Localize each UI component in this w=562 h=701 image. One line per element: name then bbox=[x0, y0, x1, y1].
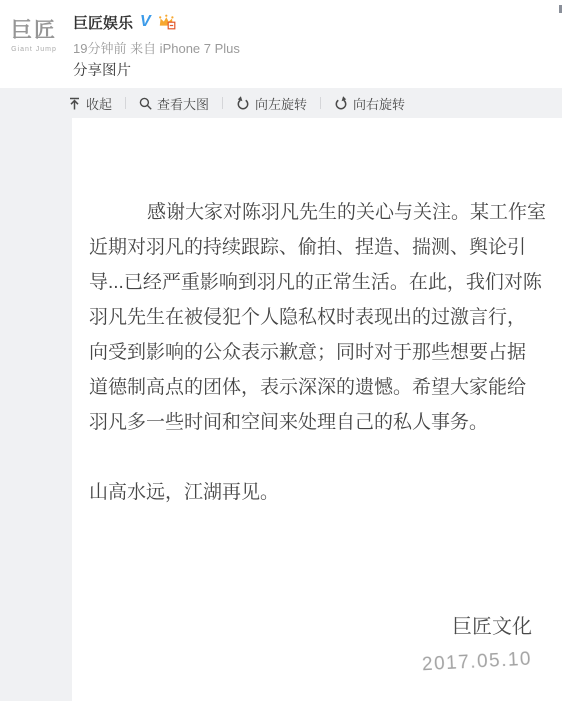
statement-line: 导...已经严重影响到羽凡的正常生活。在此，我们对陈 bbox=[89, 265, 562, 300]
view-large-image-button[interactable]: 查看大图 bbox=[139, 94, 209, 113]
statement-line: 向受到影响的公众表示歉意；同时对于那些想要占据 bbox=[89, 335, 562, 370]
toolbar-divider bbox=[222, 97, 223, 109]
avatar-logo-subtext: Giant Jump bbox=[11, 46, 57, 54]
rotate-left-label: 向左旋转 bbox=[255, 94, 307, 113]
verified-badge-icon: V bbox=[140, 14, 151, 30]
name-row: 巨匠娱乐 V bbox=[73, 12, 176, 32]
user-avatar[interactable]: 巨匠 Giant Jump bbox=[11, 13, 57, 59]
statement-line: 羽凡多一些时间和空间来处理自己的私人事务。 bbox=[89, 405, 562, 440]
rotate-left-button[interactable]: 向左旋转 bbox=[236, 94, 307, 113]
closing-line: 山高水远，江湖再见。 bbox=[89, 475, 562, 510]
avatar-logo-text: 巨匠 bbox=[11, 16, 57, 46]
collapse-button[interactable]: 收起 bbox=[68, 94, 112, 113]
toolbar-divider bbox=[125, 97, 126, 109]
view-large-label: 查看大图 bbox=[157, 94, 209, 113]
username-link[interactable]: 巨匠娱乐 bbox=[73, 12, 133, 33]
media-section: 收起 查看大图 向左旋转 bbox=[0, 88, 562, 701]
vip-crown-icon[interactable] bbox=[158, 14, 176, 30]
statement-line: 感谢大家对陈羽凡先生的关心与关注。某工作室 bbox=[89, 195, 562, 230]
signature-text: 巨匠文化 bbox=[72, 610, 562, 639]
post-header: 巨匠 Giant Jump 巨匠娱乐 V 19分钟前 来自 iPhone 7 P… bbox=[0, 0, 562, 88]
image-toolbar: 收起 查看大图 向左旋转 bbox=[68, 88, 405, 118]
rotate-right-icon bbox=[334, 96, 348, 110]
timestamp-link[interactable]: 19分钟前 来自 iPhone 7 Plus bbox=[73, 38, 240, 57]
date-stamp: 2017.05.10 bbox=[72, 647, 562, 695]
collapse-label: 收起 bbox=[86, 94, 112, 113]
statement-line: 羽凡先生在被侵犯个人隐私权时表现出的过激言行， bbox=[89, 300, 562, 335]
statement-line: 近期对羽凡的持续跟踪、偷拍、捏造、揣测、舆论引 bbox=[89, 230, 562, 265]
rotate-left-icon bbox=[236, 96, 250, 110]
magnifier-icon bbox=[139, 97, 152, 110]
rotate-right-label: 向右旋转 bbox=[353, 94, 405, 113]
rotate-right-button[interactable]: 向右旋转 bbox=[334, 94, 405, 113]
arrow-up-from-line-icon bbox=[68, 97, 81, 110]
weibo-post-screen: 巨匠 Giant Jump 巨匠娱乐 V 19分钟前 来自 iPhone 7 P… bbox=[0, 0, 562, 701]
post-content-text: 分享图片 bbox=[73, 59, 131, 80]
shared-image[interactable]: 感谢大家对陈羽凡先生的关心与关注。某工作室 近期对羽凡的持续跟踪、偷拍、捏造、揣… bbox=[72, 118, 562, 701]
statement-text: 感谢大家对陈羽凡先生的关心与关注。某工作室 近期对羽凡的持续跟踪、偷拍、捏造、揣… bbox=[72, 118, 562, 510]
statement-line: 道德制高点的团体，表示深深的遗憾。希望大家能给 bbox=[89, 370, 562, 405]
toolbar-divider bbox=[320, 97, 321, 109]
